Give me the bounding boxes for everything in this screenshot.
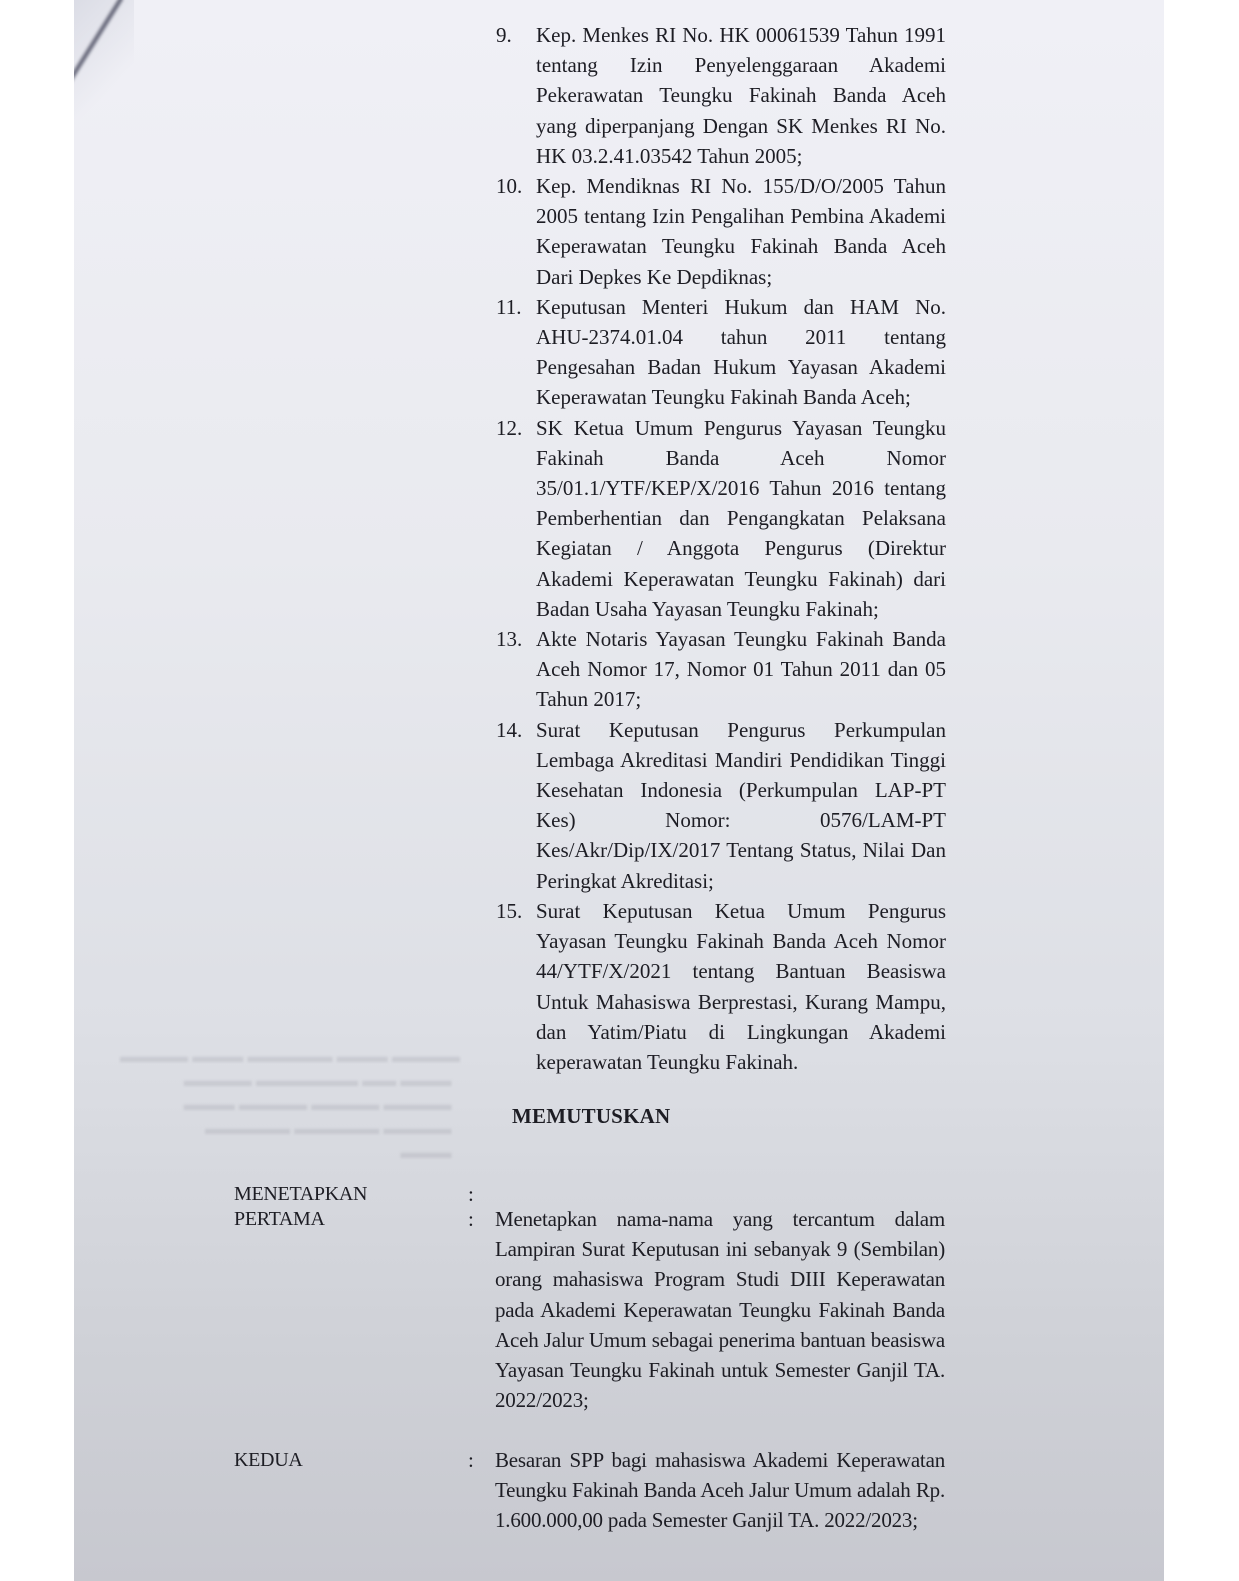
show-through-text: ▬▬▬▬ ▬▬▬ ▬▬▬▬▬ ▬▬▬ ▬▬▬▬ ▬▬▬ ▬▬ ▬▬▬▬▬▬ ▬▬…: [120, 1045, 460, 1165]
item-number: 12.: [496, 413, 522, 443]
consideration-item: 15. Surat Keputusan Ketua Umum Pengurus …: [490, 896, 946, 1077]
consideration-item: 14. Surat Keputusan Pengurus Perkumpulan…: [490, 715, 946, 896]
decision-heading: MEMUTUSKAN: [512, 1101, 670, 1131]
decision-colon: :: [468, 1204, 474, 1234]
item-text: Keputusan Menteri Hukum dan HAM No. AHU-…: [536, 292, 946, 413]
item-number: 10.: [496, 171, 522, 201]
considerations-list: 9. Kep. Menkes RI No. HK 00061539 Tahun …: [490, 20, 946, 1077]
item-text: Surat Keputusan Ketua Umum Pengurus Yaya…: [536, 896, 946, 1077]
item-number: 11.: [496, 292, 521, 322]
decision-text: Besaran SPP bagi mahasiswa Akademi Keper…: [495, 1445, 945, 1536]
consideration-item: 12. SK Ketua Umum Pengurus Yayasan Teung…: [490, 413, 946, 624]
item-number: 14.: [496, 715, 522, 745]
decision-colon: :: [468, 1445, 474, 1475]
item-number: 13.: [496, 624, 522, 654]
decision-text: Menetapkan nama-nama yang tercantum dala…: [495, 1204, 945, 1415]
item-number: 9.: [496, 20, 512, 50]
consideration-item: 10. Kep. Mendiknas RI No. 155/D/O/2005 T…: [490, 171, 946, 292]
consideration-item: 11. Keputusan Menteri Hukum dan HAM No. …: [490, 292, 946, 413]
consideration-item: 9. Kep. Menkes RI No. HK 00061539 Tahun …: [490, 20, 946, 171]
item-number: 15.: [496, 896, 522, 926]
item-text: SK Ketua Umum Pengurus Yayasan Teungku F…: [536, 413, 946, 624]
decision-label: KEDUA: [234, 1445, 303, 1475]
item-text: Akte Notaris Yayasan Teungku Fakinah Ban…: [536, 624, 946, 715]
item-text: Surat Keputusan Pengurus Perkumpulan Lem…: [536, 715, 946, 896]
consideration-item: 13. Akte Notaris Yayasan Teungku Fakinah…: [490, 624, 946, 715]
item-text: Kep. Mendiknas RI No. 155/D/O/2005 Tahun…: [536, 171, 946, 292]
item-text: Kep. Menkes RI No. HK 00061539 Tahun 199…: [536, 20, 946, 171]
decision-label: PERTAMA: [234, 1204, 325, 1234]
